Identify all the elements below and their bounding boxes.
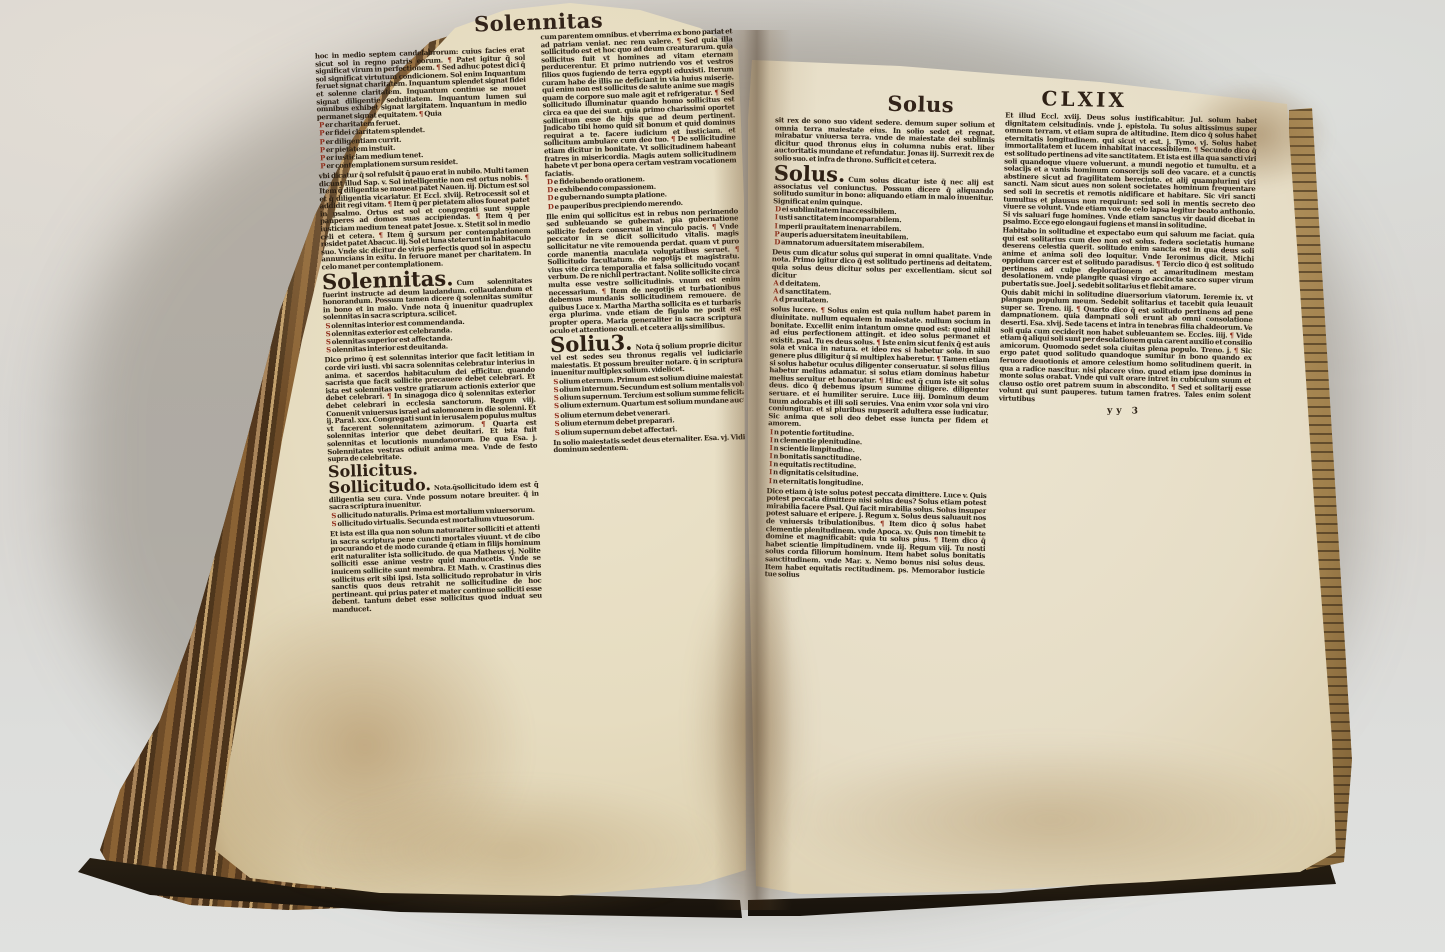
rubric-pilcrow: ¶ — [820, 306, 824, 315]
rubricated-initial: D — [774, 238, 780, 246]
rubricated-initial: A — [773, 279, 778, 287]
body-block: solus lucere. ¶ Solus enim est quia null… — [768, 306, 991, 432]
rubricated-initial: D — [547, 194, 553, 203]
rubric-pilcrow: ¶ — [1234, 346, 1238, 355]
rubric-pilcrow: ¶ — [378, 230, 382, 239]
body-block: Deus cum dicatur solus qui superat in om… — [771, 248, 992, 283]
rubric-pilcrow: ¶ — [671, 134, 675, 143]
rubric-pilcrow: ¶ — [876, 337, 880, 346]
rubric-pilcrow: ¶ — [419, 109, 423, 118]
body-block: Dico etiam q̄ iste solus potest peccata … — [765, 487, 987, 583]
rubric-pilcrow: ¶ — [936, 354, 940, 363]
list-block: Solennitas interior est commendanda.Sole… — [325, 316, 534, 355]
right-page-column-2: Et illud Eccl. xviij. Deus solus iustifi… — [990, 111, 1257, 785]
rubricated-initial: S — [554, 401, 559, 410]
rubricated-initial: I — [769, 444, 772, 452]
section-heading: Soliu3. — [550, 330, 633, 358]
body-block: Et ista est illa qua non solum naturalit… — [330, 524, 543, 614]
rubricated-initial: S — [331, 511, 336, 520]
list-block: Per charitatem feruet.Per fidei claritat… — [319, 115, 528, 170]
rubric-pilcrow: ¶ — [735, 244, 739, 253]
rubricated-initial: I — [769, 469, 772, 477]
section-heading: Sollicitus. Sollicitudo. — [328, 459, 432, 497]
rubric-pilcrow: ¶ — [436, 63, 440, 72]
rubricated-initial: A — [773, 288, 778, 296]
rubric-pilcrow: ¶ — [712, 222, 716, 231]
body-block: Ille enim qui sollicitus est in rebus no… — [546, 207, 742, 334]
rubric-pilcrow: ¶ — [1229, 330, 1233, 339]
rubricated-initial: D — [547, 185, 553, 194]
body-block: cum parentem omnibus. et vberrima ex bon… — [540, 27, 736, 177]
heading-block: Soliu3.Nota q̄ solium proprie dicitur ve… — [550, 329, 743, 377]
rubricated-initial: I — [775, 214, 778, 222]
rubricated-initial: P — [319, 121, 324, 130]
rubricated-initial: I — [769, 477, 772, 485]
rubricated-initial: P — [774, 230, 779, 238]
left-page-column-2: cum parentem omnibus. et vberrima ex bon… — [540, 27, 755, 778]
rubricated-initial: D — [547, 177, 553, 186]
rubric-pilcrow: ¶ — [387, 392, 391, 401]
rubric-pilcrow: ¶ — [1194, 145, 1198, 154]
rubricated-initial: S — [331, 519, 336, 528]
body-block: vbi dicatur q̄ sol refulsit q̄ pauo erat… — [319, 166, 532, 271]
rubricated-initial: I — [769, 452, 772, 460]
rubric-pilcrow: ¶ — [879, 375, 883, 384]
rubric-pilcrow: ¶ — [1076, 304, 1080, 313]
rubric-pilcrow: ¶ — [481, 419, 485, 428]
rubric-pilcrow: ¶ — [880, 519, 884, 528]
rubric-pilcrow: ¶ — [476, 212, 480, 221]
rubricated-initial: P — [319, 137, 324, 146]
list-block: Dei sublimitatem inaccessibilem.Iusti sa… — [774, 206, 993, 251]
body-block: sit rex de sono suo vident sedere. demum… — [774, 116, 995, 167]
rubricated-initial: S — [326, 329, 331, 338]
rubricated-initial: S — [554, 411, 559, 420]
rubricated-initial: P — [320, 145, 325, 154]
list-block: Ad deitatem.Ad sanctitatem.Ad prauitatem… — [773, 279, 991, 308]
rubricated-initial: I — [775, 222, 778, 230]
list-block: Solium eternum. Primum est solium diuine… — [553, 372, 744, 410]
left-page-column-1: hoc in medio septem candelabrorum: cuius… — [315, 46, 548, 772]
rubricated-initial: S — [326, 337, 331, 346]
rubricated-initial: S — [554, 419, 559, 428]
folio-number: CLXIX — [1041, 86, 1127, 112]
right-page-text: Solus CLXIX sit rex de sono suo vident s… — [744, 76, 1308, 788]
photo-of-antique-book: Solennitas hoc in medio septem candelabr… — [0, 0, 1445, 952]
rubricated-initial: I — [769, 461, 772, 469]
body-block: In solio maiestatis sedet deus eternalit… — [553, 433, 745, 454]
body-block: Habitabo in solitudine et expectabo eum … — [1001, 226, 1254, 292]
rubric-pilcrow: ¶ — [934, 535, 938, 544]
rubricated-initial: D — [548, 202, 554, 211]
list-block: De fideiubendo orationem.De exhibendo co… — [547, 173, 738, 211]
heading-block: Solus.Cum solus dicatur iste q̄ nec alij… — [773, 163, 994, 210]
body-block: Et illud Eccl. xviij. Deus solus iustifi… — [1003, 111, 1258, 231]
section-heading: Solus. — [774, 160, 846, 187]
body-block: Dico primo q̄ est solennitas interior qu… — [324, 350, 537, 463]
rubric-pilcrow: ¶ — [676, 36, 680, 45]
rubric-pilcrow: ¶ — [601, 286, 605, 295]
body-block: Quis dabit michi in solitudine diuersori… — [999, 288, 1254, 408]
right-page-column-1: sit rex de sono suo vident sedere. demum… — [760, 116, 995, 771]
rubricated-initial: S — [555, 427, 560, 436]
rubricated-initial: S — [325, 321, 330, 330]
rubric-pilcrow: ¶ — [388, 199, 392, 208]
rubricated-initial: I — [770, 436, 773, 444]
rubricated-initial: S — [553, 377, 558, 386]
rubric-pilcrow: ¶ — [1171, 382, 1175, 391]
body-block: hoc in medio septem candelabrorum: cuius… — [315, 46, 527, 121]
rubricated-initial: P — [320, 153, 325, 162]
rubricated-initial: I — [770, 428, 773, 436]
left-page-text: Solennitas hoc in medio septem candelabr… — [288, 0, 765, 813]
heading2-block: Sollicitus. Sollicitudo.No­ta.q̄sollicit… — [328, 457, 539, 511]
running-head-right: Solus — [887, 91, 954, 118]
rubric-pilcrow: ¶ — [1156, 259, 1160, 268]
quire-signature: yy 3 — [998, 405, 1250, 418]
rubricated-initial: S — [553, 385, 558, 394]
heading-note: No­ta.q̄ — [434, 483, 457, 492]
rubricated-initial: A — [773, 296, 778, 304]
section-heading: Solennitas. — [322, 265, 454, 294]
rubricated-initial: P — [319, 129, 324, 138]
list-block: In potentie fortitudine.In clementie ple… — [769, 428, 988, 490]
rubricated-initial: S — [554, 393, 559, 402]
rubric-pilcrow: ¶ — [714, 88, 718, 97]
rubricated-initial: S — [326, 345, 331, 354]
rubricated-initial: P — [320, 161, 325, 170]
rubricated-initial: D — [775, 206, 781, 214]
rubric-pilcrow: ¶ — [524, 172, 528, 181]
heading-block: Solennitas.Cum solennitates fuerint inst… — [322, 265, 533, 321]
rubric-pilcrow: ¶ — [447, 55, 451, 64]
